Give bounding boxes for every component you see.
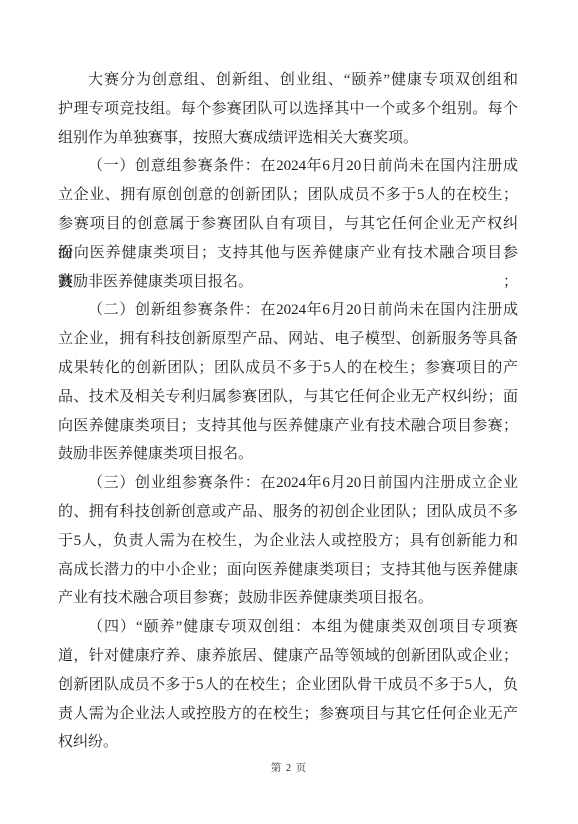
- paragraph-item-3: （三）创业组参赛条件：在2024年6月20日前国内注册成立企业 的、拥有科技创新…: [58, 469, 518, 613]
- text-line: 面向医养健康类项目；支持其他与医养健康产业有技术融合项目参赛；: [58, 239, 518, 268]
- text-line: 权纠纷。: [58, 728, 518, 757]
- paragraph-intro: 大赛分为创意组、创新组、创业组、“颐养”健康专项双创组和 护理专项竞技组。每个参…: [58, 66, 518, 152]
- text-line: 立企业，拥有科技创新原型产品、网站、电子模型、创新服务等具备: [58, 325, 518, 354]
- text-line: （四）“颐养”健康专项双创组：本组为健康类双创项目专项赛: [58, 613, 518, 642]
- paragraph-item-4: （四）“颐养”健康专项双创组：本组为健康类双创项目专项赛 道，针对健康疗养、康养…: [58, 613, 518, 757]
- text-line: （三）创业组参赛条件：在2024年6月20日前国内注册成立企业: [58, 469, 518, 498]
- document-page: 大赛分为创意组、创新组、创业组、“颐养”健康专项双创组和 护理专项竞技组。每个参…: [0, 0, 578, 824]
- document-body: 大赛分为创意组、创新组、创业组、“颐养”健康专项双创组和 护理专项竞技组。每个参…: [58, 66, 518, 757]
- text-line: 创新团队成员不多于5人的在校生；企业团队骨干成员不多于5人，负: [58, 671, 518, 700]
- text-line: 产业有技术融合项目参赛；鼓励非医养健康类项目报名。: [58, 584, 518, 613]
- text-line: 成果转化的创新团队；团队成员不多于5人的在校生；参赛项目的产: [58, 354, 518, 383]
- text-line: （二）创新组参赛条件：在2024年6月20日前尚未在国内注册成: [58, 296, 518, 325]
- text-line: 于5人，负责人需为在校生，为企业法人或控股方；具有创新能力和: [58, 527, 518, 556]
- text-line: 责人需为企业法人或控股方的在校生；参赛项目与其它任何企业无产: [58, 700, 518, 729]
- text-line: 向医养健康类项目；支持其他与医养健康产业有技术融合项目参赛；: [58, 412, 518, 441]
- text-line: 鼓励非医养健康类项目报名。: [58, 440, 518, 469]
- text-line: 组别作为单独赛事，按照大赛成绩评选相关大赛奖项。: [58, 124, 518, 153]
- paragraph-item-1: （一）创意组参赛条件：在2024年6月20日前尚未在国内注册成 立企业、拥有原创…: [58, 152, 518, 296]
- text-line: 参赛项目的创意属于参赛团队自有项目，与其它任何企业无产权纠纷；: [58, 210, 518, 239]
- text-line: 品、技术及相关专利归属参赛团队，与其它任何企业无产权纠纷；面: [58, 383, 518, 412]
- text-line: （一）创意组参赛条件：在2024年6月20日前尚未在国内注册成: [58, 152, 518, 181]
- text-line: 护理专项竞技组。每个参赛团队可以选择其中一个或多个组别。每个: [58, 95, 518, 124]
- page-number: 第 2 页: [271, 763, 308, 774]
- text-line: 道，针对健康疗养、康养旅居、健康产品等领域的创新团队或企业；: [58, 642, 518, 671]
- text-line: 大赛分为创意组、创新组、创业组、“颐养”健康专项双创组和: [58, 66, 518, 95]
- text-line: 高成长潜力的中小企业；面向医养健康类项目；支持其他与医养健康: [58, 556, 518, 585]
- text-line: 的、拥有科技创新创意或产品、服务的初创企业团队；团队成员不多: [58, 498, 518, 527]
- text-line: 立企业、拥有原创创意的创新团队；团队成员不多于5人的在校生；: [58, 181, 518, 210]
- page-footer: 第 2 页: [0, 762, 578, 776]
- paragraph-item-2: （二）创新组参赛条件：在2024年6月20日前尚未在国内注册成 立企业，拥有科技…: [58, 296, 518, 469]
